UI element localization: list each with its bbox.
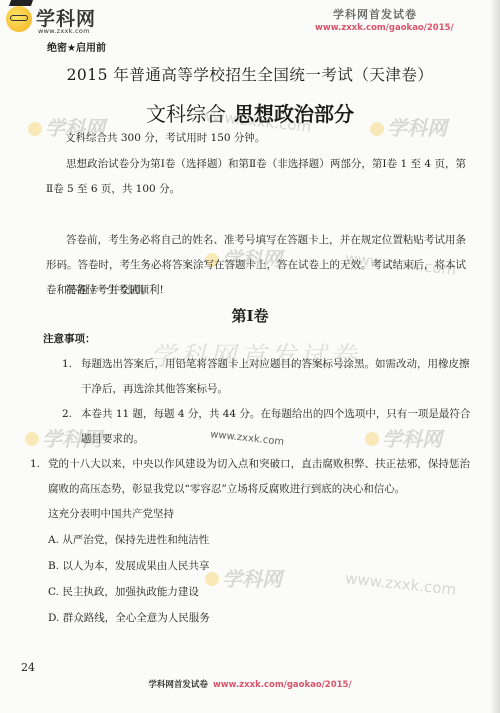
question-number: 1.: [30, 452, 40, 477]
footer-source: 学科网首发试卷www.zxxk.com/gaokao/2015/: [0, 678, 500, 690]
confidential-label: 绝密★启用前: [47, 39, 106, 54]
notice-heading: 注意事项：: [43, 331, 96, 346]
option-c: C. 民主执政，加强执政能力建设: [30, 579, 470, 605]
header-source: 学科网首发试卷 www.zxxk.com/gaokao/2015/: [315, 6, 454, 33]
mascot-icon: [6, 6, 32, 32]
page-number: 24: [21, 661, 35, 674]
option-a: A. 从严治党，保持先进性和纯洁性: [30, 527, 470, 553]
footer-url: www.zxxk.com/gaokao/2015/: [213, 680, 352, 690]
option-label: A.: [48, 534, 59, 546]
graduation-cap-icon: [9, 0, 33, 6]
zxxk-logo: 学科网 www.zxxk.com: [6, 2, 116, 36]
option-label: D.: [48, 612, 59, 624]
option-b: B. 以人为本，发展成果由人民共享: [30, 553, 470, 579]
footer-label: 学科网首发试卷: [148, 680, 208, 690]
option-d: D. 群众路线，全心全意为人民服务: [30, 605, 470, 631]
header-source-url: www.zxxk.com/gaokao/2015/: [315, 23, 454, 33]
question-1: 1. 党的十八大以来，中央以作风建设为切入点和突破口，直击腐败积弊、扶正祛邪，保…: [30, 452, 470, 631]
logo-url: www.zxxk.com: [38, 27, 90, 35]
question-stem: 1. 党的十八大以来，中央以作风建设为切入点和突破口，直击腐败积弊、扶正祛邪，保…: [30, 452, 470, 502]
exam-title: 2015 年普通高等学校招生全国统一考试（天津卷）: [0, 63, 500, 85]
option-text: 群众路线，全心全意为人民服务: [63, 612, 210, 624]
question-stem-text: 党的十八大以来，中央以作风建设为切入点和突破口，直击腐败积弊、扶正祛邪，保持惩治…: [48, 458, 470, 495]
notice-item-text: 本卷共 11 题，每题 4 分，共 44 分。在每题给出的四个选项中，只有一项是…: [81, 408, 470, 445]
watermark-mascot-icon: [25, 432, 39, 446]
notice-list: 1. 每题选出答案后，用铅笔将答题卡上对应题目的答案标号涂黑。如需改动，用橡皮擦…: [62, 352, 472, 452]
intro-paragraph-1: 文科综合共 300 分，考试用时 150 分钟。: [65, 126, 265, 151]
intro-paragraph-2: 思想政治试卷分为第Ⅰ卷（选择题）和第Ⅱ卷（非选择题）两部分，第Ⅰ卷 1 至 4 …: [46, 152, 466, 202]
volume-title: 第Ⅰ卷: [0, 305, 500, 326]
notice-item: 1. 每题选出答案后，用铅笔将答题卡上对应题目的答案标号涂黑。如需改动，用橡皮擦…: [62, 352, 472, 402]
option-text: 民主执政，加强执政能力建设: [62, 586, 199, 598]
glasses-icon: [10, 15, 28, 21]
subject-part: 思想政治部分: [234, 102, 354, 126]
option-text: 从严治党，保持先进性和纯洁性: [62, 534, 209, 546]
question-lead: 这充分表明中国共产党坚持: [30, 502, 470, 527]
subject-title: 文科综合思想政治部分: [0, 98, 500, 127]
option-label: C.: [48, 586, 59, 598]
intro-paragraph-4: 祝各位考生考试顺利!: [65, 278, 164, 303]
subject-name: 文科综合: [146, 102, 226, 126]
header-source-title: 学科网首发试卷: [315, 6, 454, 22]
notice-item-text: 每题选出答案后，用铅笔将答题卡上对应题目的答案标号涂黑。如需改动，用橡皮擦干净后…: [81, 358, 470, 395]
notice-item-number: 1.: [62, 352, 72, 377]
notice-item: 2. 本卷共 11 题，每题 4 分，共 44 分。在每题给出的四个选项中，只有…: [62, 402, 472, 452]
option-text: 以人为本，发展成果由人民共享: [62, 560, 209, 572]
notice-item-number: 2.: [62, 402, 72, 427]
option-label: B.: [48, 560, 59, 572]
